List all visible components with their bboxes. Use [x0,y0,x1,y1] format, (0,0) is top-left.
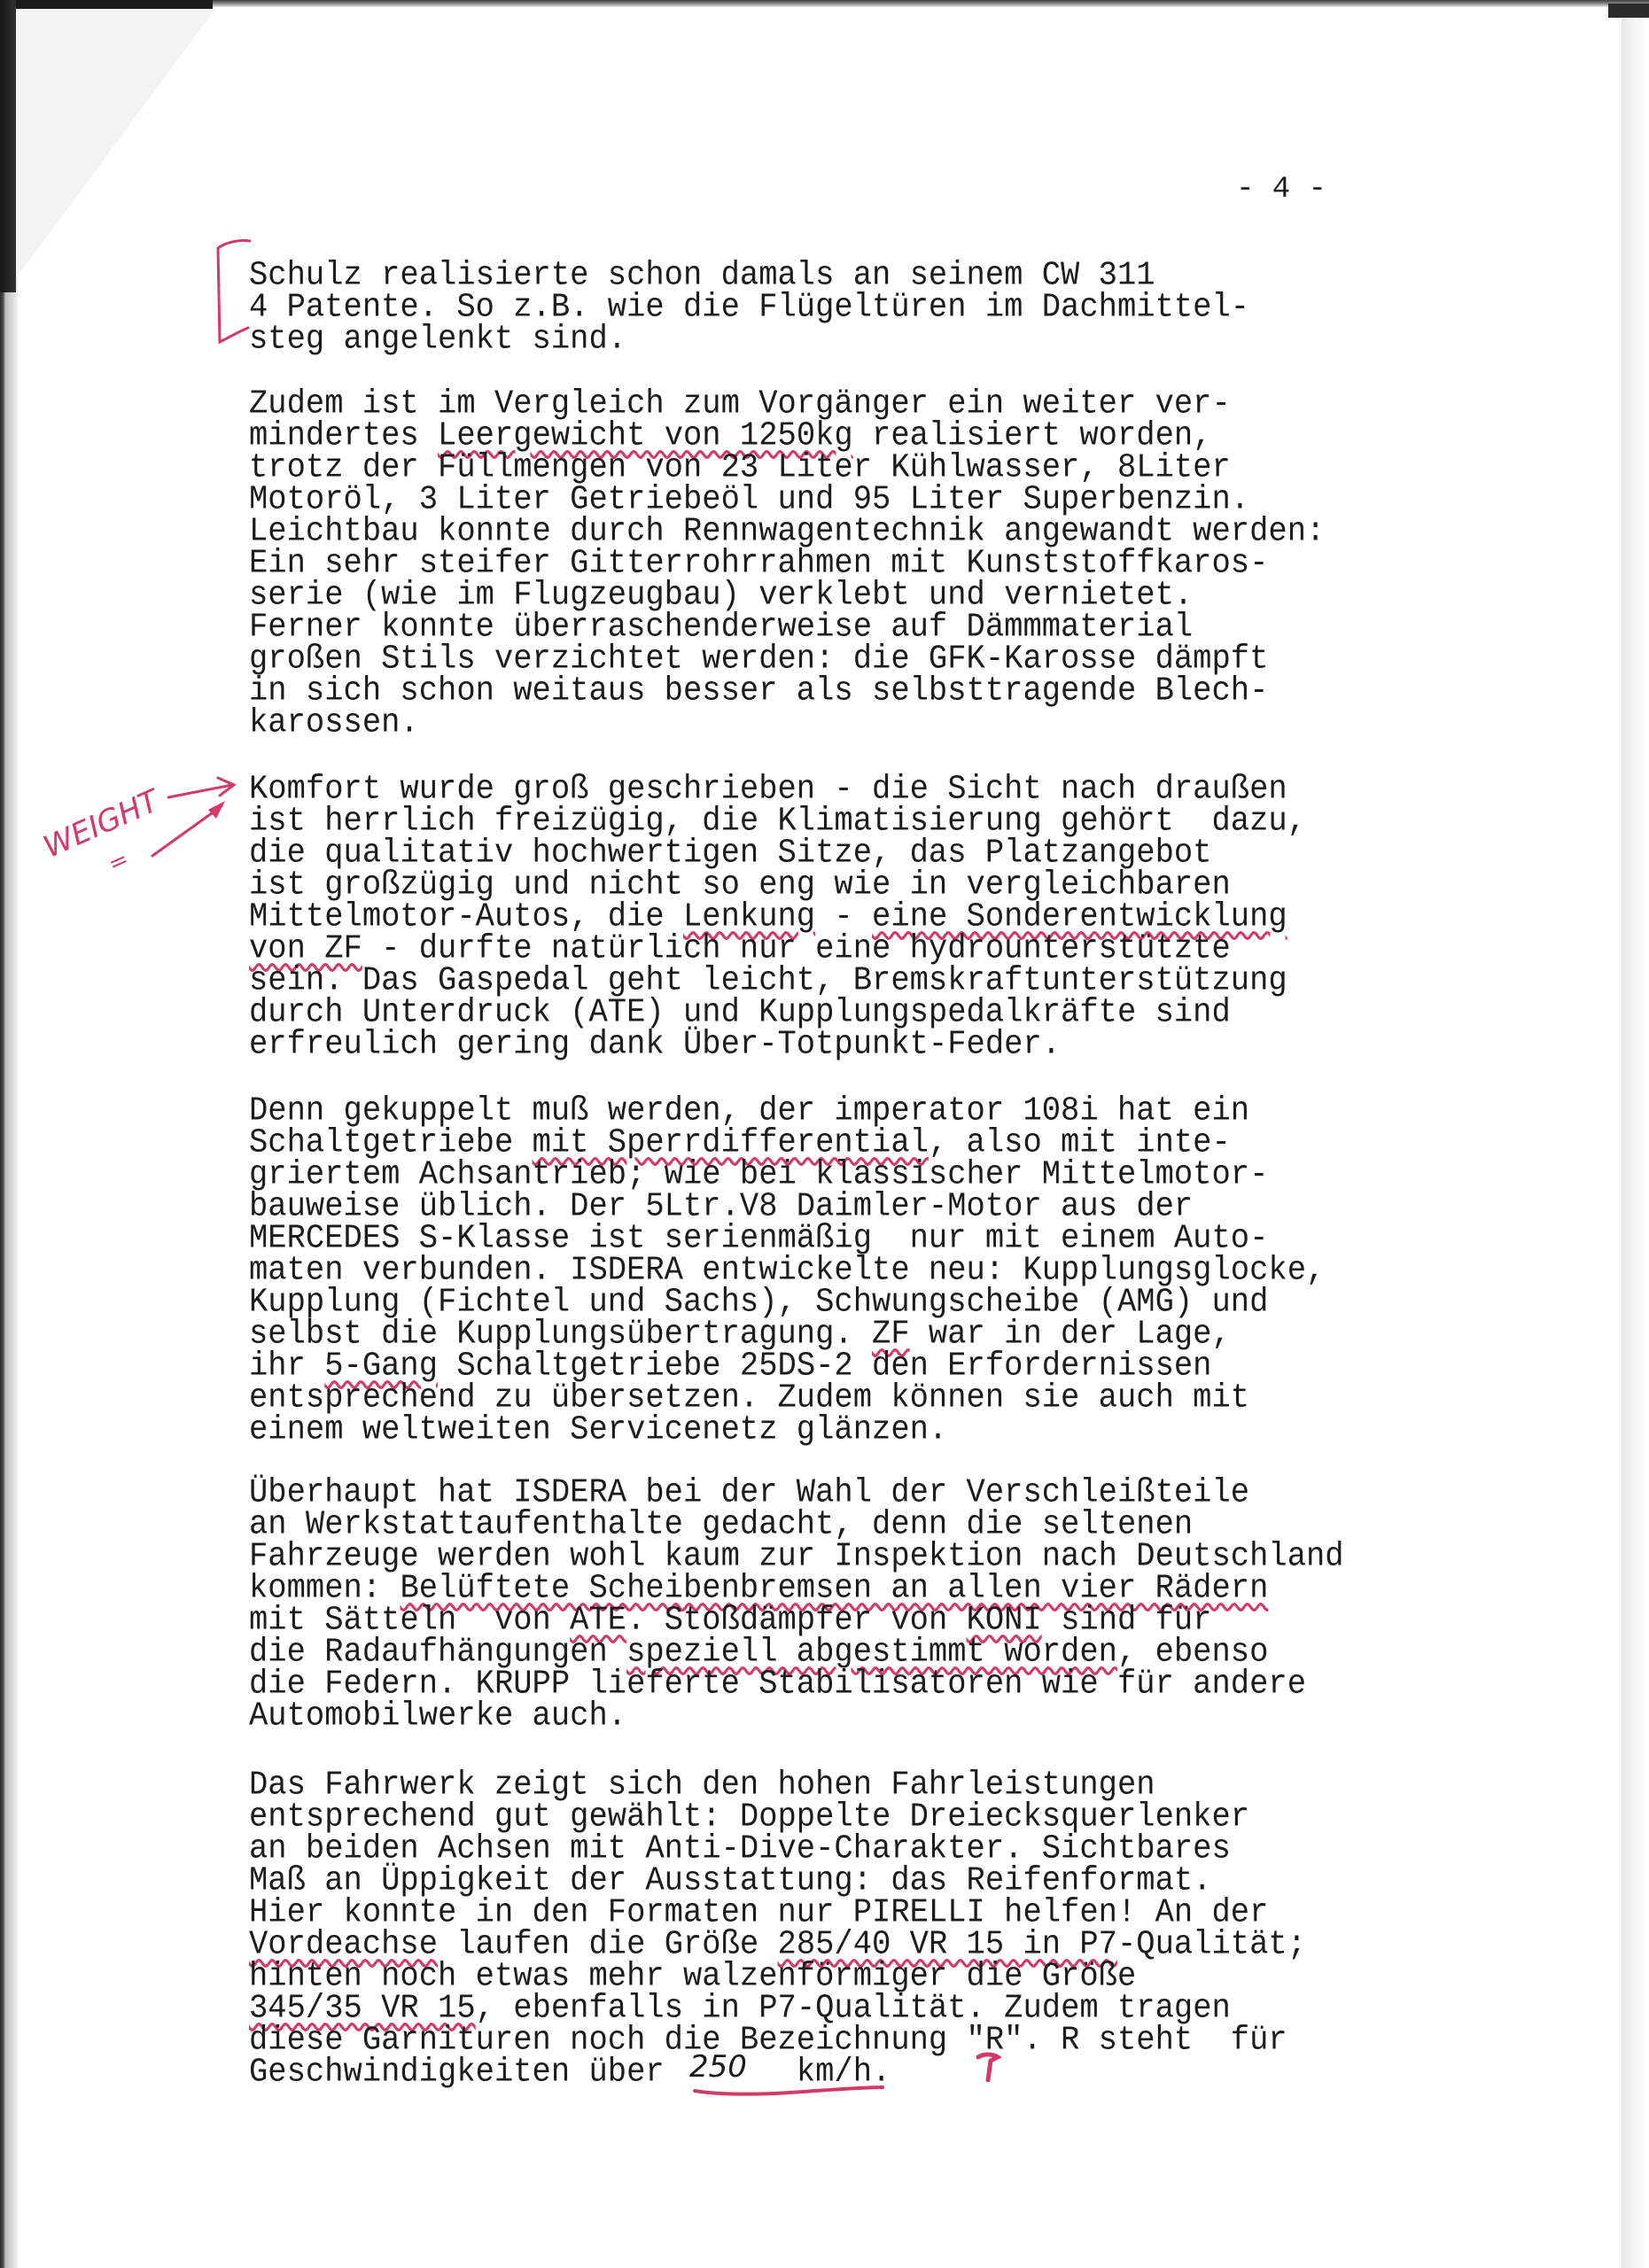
text-segment: erfreulich gering dank Über-Totpunkt-Fed… [249,1024,1061,1063]
red-tick-mark [975,2052,1001,2082]
text-segment: -Qualität; [1117,1924,1306,1963]
page-number: - 4 - [1236,173,1326,206]
scan-left-edge [0,0,18,2268]
equals-mark: = [105,846,133,877]
paragraph-transmission: Denn gekuppelt muß werden, der imperator… [249,1095,1325,1446]
text-line: steg angelenkt sind. [249,322,1249,357]
weight-margin-note: WEIGHT = [35,771,248,877]
text-segment: karossen. [249,703,419,742]
paragraph-comfort: Komfort wurde groß geschrieben - die Sic… [249,773,1306,1060]
text-line: Automobilwerke auch. [249,1699,1344,1734]
text-segment: Automobilwerke auch. [249,1696,626,1735]
scan-top-edge [0,0,1649,7]
weight-note-text: WEIGHT [38,782,166,866]
text-line: einem weltweiten Servicenetz glänzen. [249,1413,1325,1448]
text-line: karossen. [249,706,1325,741]
scan-right-edge [1622,18,1649,2268]
text-segment: einem weltweiten Servicenetz glänzen. [249,1410,947,1449]
paragraph-patents: Schulz realisierte schon damals an seine… [249,260,1249,355]
scan-corner-shadow [1608,4,1649,18]
text-segment: steg angelenkt sind. [249,319,626,358]
paragraph-wear-parts: Überhaupt hat ISDERA bei der Wahl der Ve… [249,1477,1344,1732]
handwritten-speed-value: 250 [689,2049,747,2085]
paragraph-weight: Zudem ist im Vergleich zum Vorgänger ein… [249,388,1325,739]
speed-underline-mark [691,2082,886,2100]
folded-page-corner [0,0,213,292]
text-line: erfreulich gering dank Über-Totpunkt-Fed… [249,1028,1306,1062]
paragraph-chassis-tyres: Das Fahrwerk zeigt sich den hohen Fahrle… [249,1769,1306,2088]
